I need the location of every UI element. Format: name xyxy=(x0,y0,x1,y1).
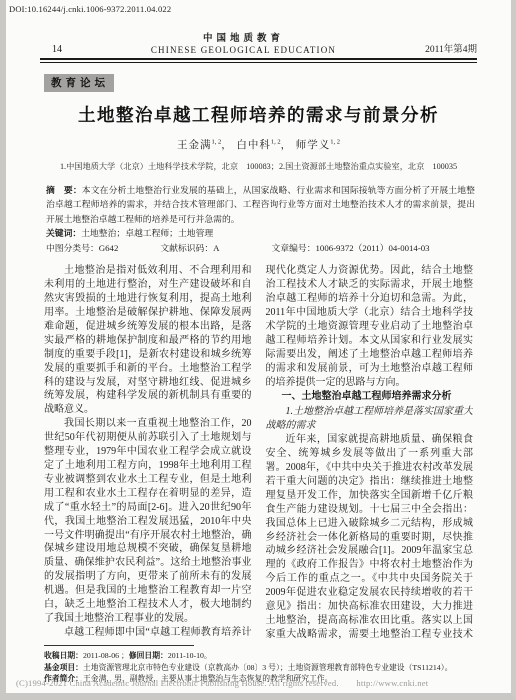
doc-code-label: 文献标识码： xyxy=(160,243,213,253)
abstract-text: 本文在分析土地整治行业发展的基础上，从国家战略、行业需求和国际接轨等方面分析了开… xyxy=(46,185,475,223)
abstract-block: 摘 要：本文在分析土地整治行业发展的基础上，从国家战略、行业需求和国际接轨等方面… xyxy=(46,183,475,226)
received-date-value: 2011-08-06 ； xyxy=(83,651,129,660)
fund-label: 基金项目： xyxy=(44,663,83,672)
article-title: 土地整治卓越工程师培养的需求与前景分析 xyxy=(6,102,511,127)
left-column: 土地整治是指对低效利用、不合理利用和未利用的土地进行整治，对生产建设破坏和自然灾… xyxy=(44,264,252,640)
cnki-copyright-line: (C)1994-2021 China Academic Journal Elec… xyxy=(16,677,428,689)
author-affil-sup: 1, 2 xyxy=(271,139,281,146)
body-two-columns: 土地整治是指对低效利用、不合理利用和未利用的土地进行整治，对生产建设破坏和自然灾… xyxy=(44,264,473,640)
abstract-label: 摘 要： xyxy=(46,185,82,195)
journal-header: 14 中国地质教育 CHINESE GEOLOGICAL EDUCATION 2… xyxy=(40,34,477,55)
body-paragraph: 现代化奠定人力资源优势。因此，结合土地整治工程技术人才缺乏的实际需求，开展土地整… xyxy=(266,264,474,389)
body-paragraph: 我国长期以来一直重视土地整治工作，20世纪50年代初期便从前苏联引入了土地规划与… xyxy=(44,417,252,626)
body-paragraph: 卓越工程师即中国“卓越工程师教育培养计划”拟用10年时间，培养百余万高质量各类型… xyxy=(44,626,252,640)
received-date-label: 收稿日期： xyxy=(44,651,83,660)
footnote-dates-line: 收稿日期：2011-08-06 ；修回日期：2011-10-10。 xyxy=(44,650,473,662)
clc-label: 中图分类号： xyxy=(46,243,99,253)
doi-text: DOI:10.16244/j.cnki.1006-9372.2011.04.02… xyxy=(9,4,511,14)
keywords-label: 关键词： xyxy=(46,228,81,238)
author-name: 王金满 xyxy=(177,140,212,151)
page-number: 14 xyxy=(40,44,110,55)
issue-label: 2011年第4期 xyxy=(377,41,477,55)
revised-date-value: 2011-10-10。 xyxy=(168,651,212,660)
article-no-value: 1006-9372（2011）04-0014-03 xyxy=(316,243,430,253)
journal-title-block: 中国地质教育 CHINESE GEOLOGICAL EDUCATION xyxy=(110,34,377,55)
author-name: 白中科 xyxy=(236,140,271,151)
revised-date-label: 修回日期： xyxy=(129,651,168,660)
doc-code-value: A xyxy=(213,243,219,253)
journal-name-chinese: 中国地质教育 xyxy=(110,34,377,45)
article-no-label: 文章编号： xyxy=(272,243,316,253)
right-column: 现代化奠定人力资源优势。因此，结合土地整治工程技术人才缺乏的实际需求，开展土地整… xyxy=(266,264,474,640)
clc-segment: 中图分类号：G642 xyxy=(46,241,118,255)
journal-name-english: CHINESE GEOLOGICAL EDUCATION xyxy=(110,45,377,55)
footnote-divider-rule xyxy=(44,645,194,646)
fund-text: 土地资源管理北京市特色专业建设（京教高办〔08〕3 号）；土地资源管理教育部特色… xyxy=(83,663,452,672)
clc-value: G642 xyxy=(99,243,119,253)
affiliation-line: 1.中国地质大学（北京）土地科学技术学院，北京 100083；2.国土资源部土地… xyxy=(6,161,511,172)
keywords-line: 关键词：土地整治；卓越工程师；土地管理 xyxy=(46,226,475,240)
scanned-paper-page: DOI:10.16244/j.cnki.1006-9372.2011.04.02… xyxy=(0,0,516,700)
header-divider-rule xyxy=(40,58,477,63)
body-paragraph: 近年来，国家就提高耕地质量、确保粮食安全、统筹城乡发展等做出了一系列重大部署。2… xyxy=(266,433,474,640)
author-affil-sup: 1, 2 xyxy=(212,139,222,146)
author-separator: ， xyxy=(281,140,293,151)
keywords-text: 土地整治；卓越工程师；土地管理 xyxy=(81,228,213,238)
author-line: 王金满1, 2， 白中科1, 2， 师学义1, 2 xyxy=(6,137,511,152)
sub-heading: 1.土地整治卓越工程师培养是落实国家重大战略的需求 xyxy=(266,405,474,433)
body-paragraph: 土地整治是指对低效利用、不合理利用和未利用的土地进行整治，对生产建设破坏和自然灾… xyxy=(44,264,252,417)
footnote-fund-line: 基金项目：土地资源管理北京市特色专业建设（京教高办〔08〕3 号）；土地资源管理… xyxy=(44,662,473,674)
article-no-segment: 文章编号：1006-9372（2011）04-0014-03 xyxy=(272,241,430,255)
classification-line: 中图分类号：G642 文献标识码：A 文章编号：1006-9372（2011）0… xyxy=(46,241,475,255)
column-badge: 教育论坛 xyxy=(44,74,114,92)
author-name: 师学义 xyxy=(296,140,331,151)
section-heading: 一、土地整治卓越工程师培养需求分析 xyxy=(266,390,474,404)
doc-code-segment: 文献标识码：A xyxy=(160,241,219,255)
author-affil-sup: 1, 2 xyxy=(330,139,340,146)
author-separator: ， xyxy=(221,140,233,151)
